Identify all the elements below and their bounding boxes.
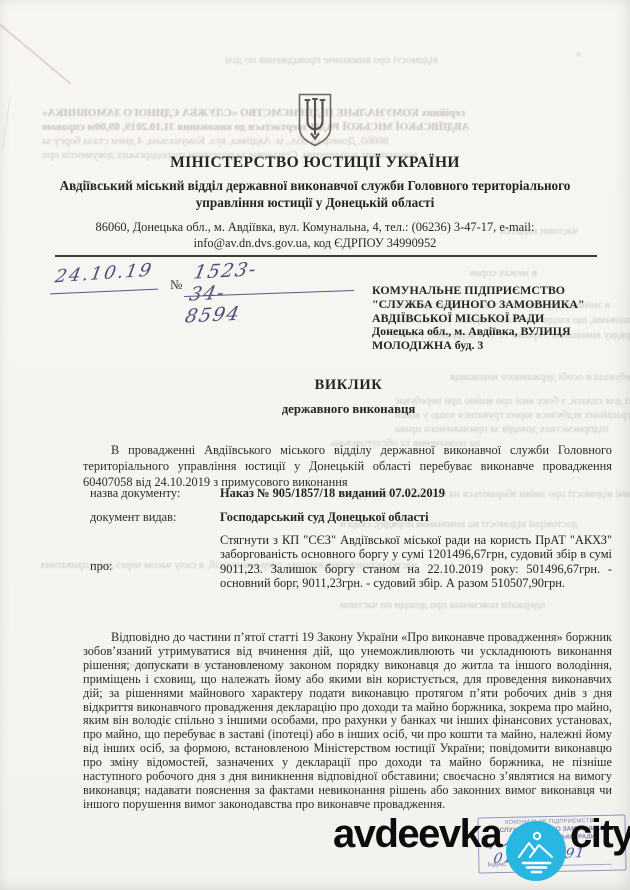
duties-paragraph: Відповідно до частини п’ятої статті 19 З… bbox=[83, 631, 612, 812]
recipient-line: АВДІЇВСЬКОЇ МІСЬКОЇ РАДИ bbox=[372, 312, 624, 326]
bleedthrough-text: в межах справ bbox=[470, 268, 537, 279]
intro-paragraph: В провадженні Авдіївського міського відд… bbox=[83, 443, 612, 490]
recipient-line: МОЛОДІЖНА буд. 3 bbox=[372, 339, 624, 353]
bleedthrough-text: підприємствах доходів за призначеного пр… bbox=[395, 424, 608, 435]
recipient-line: Донецька обл., м. Авдіївка, ВУЛИЦЯ bbox=[372, 325, 624, 339]
row-label: назва документу: bbox=[90, 486, 180, 501]
department-name: Авдіївський міський відділ державної вик… bbox=[55, 178, 575, 211]
bleedthrough-text: відомості про виконавче провадження по д… bbox=[225, 55, 438, 66]
mountain-sun-icon bbox=[506, 821, 566, 881]
row-value: Господарський суд Донецької області bbox=[220, 510, 429, 525]
recipient-line: КОМУНАЛЬНЕ ПІДПРИЄМСТВО bbox=[372, 284, 624, 298]
summons-subtitle: державного виконавця bbox=[85, 402, 612, 417]
tryzub-coat-of-arms-icon bbox=[297, 93, 333, 147]
number-sign: № bbox=[170, 277, 182, 293]
recipient-block: КОМУНАЛЬНЕ ПІДПРИЄМСТВО "СЛУЖБА ЄДИНОГО … bbox=[372, 284, 624, 353]
row-label: про: bbox=[90, 559, 112, 574]
bleedthrough-text: × bbox=[575, 50, 581, 61]
row-value: Стягнути з КП "СЄЗ" Авдіївської міської … bbox=[220, 533, 612, 591]
header-divider bbox=[55, 255, 597, 257]
contact-address: 86060, Донецька обл., м. Авдіївка, вул. … bbox=[59, 220, 571, 251]
bleedthrough-text: одержати пояснення про доходи по частини bbox=[340, 600, 545, 611]
letterhead: МІНІСТЕРСТВО ЮСТИЦІЇ УКРАЇНИ Авдіївський… bbox=[40, 93, 590, 251]
document-page: відомості про виконавче провадження по д… bbox=[0, 0, 630, 890]
row-value: Наказ № 905/1857/18 виданий 07.02.2019 bbox=[220, 486, 445, 501]
recipient-line: "СЛУЖБА ЄДИНОГО ЗАМОВНИКА" bbox=[372, 298, 624, 312]
watermark-text-right: city bbox=[570, 814, 630, 854]
summons-title: ВИКЛИК bbox=[85, 377, 612, 394]
watermark-text-left: avdeevka bbox=[333, 814, 501, 854]
row-label: документ видав: bbox=[90, 510, 176, 525]
ministry-name: МІНІСТЕРСТВО ЮСТИЦІЇ УКРАЇНИ bbox=[40, 154, 590, 172]
